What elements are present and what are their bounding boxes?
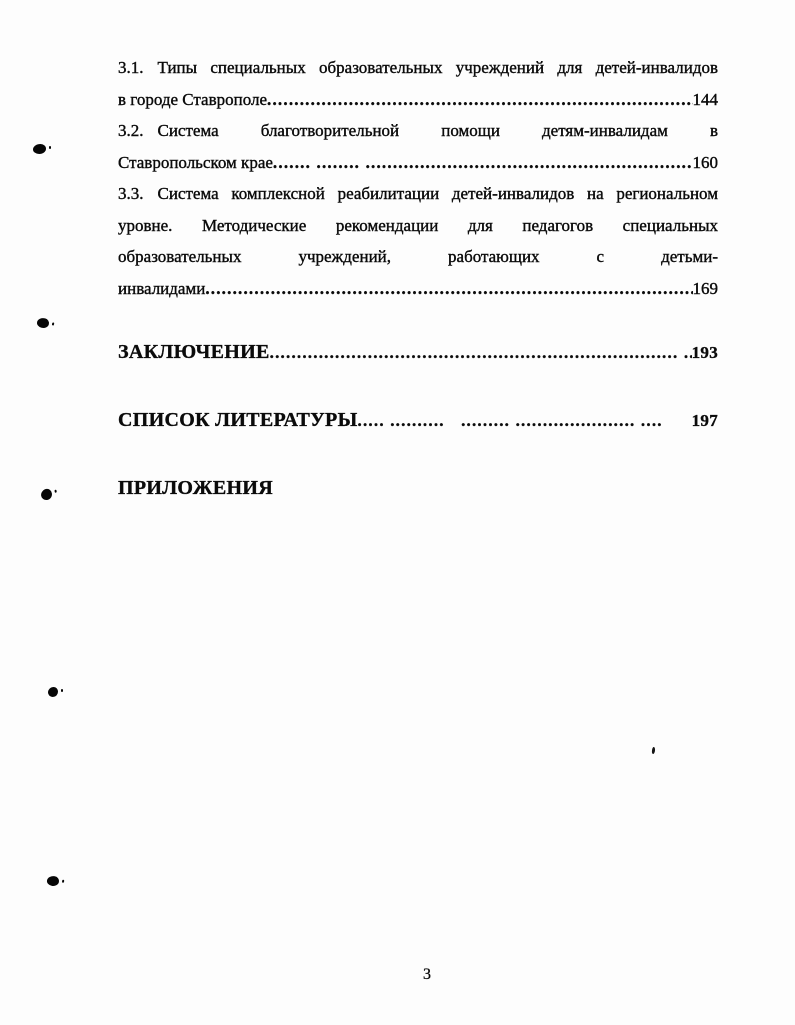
toc-entry-3-1-line-2: в городе Ставрополе.....................… [118,84,718,116]
dot-leader: ........................................… [267,84,692,116]
toc-page-number: 160 [693,147,719,179]
toc-entry-number: 3.1. [118,52,144,84]
toc-entry-number: 3.3. [118,178,144,210]
ink-blot [36,317,50,330]
table-of-contents: 3.1.Типы специальных образовательных учр… [118,52,718,304]
toc-page-number: 169 [693,273,719,305]
toc-entry-text: Типы специальных образовательных учрежде… [158,58,719,77]
toc-entry-3-3-line-1: 3.3.Система комплексной реабилитации дет… [118,178,718,210]
toc-entry-text: образовательных учреждений, работающих с… [118,247,718,266]
toc-entry-3-3-line-4: инвалидами..............................… [118,273,718,305]
toc-section-bibliography: СПИСОК ЛИТЕРАТУРЫ..... .......... ......… [118,404,718,437]
scanned-document-page: 3.1.Типы специальных образовательных учр… [0,0,795,1025]
toc-entry-text: Система благотворительной помощи детям-и… [158,121,719,140]
ink-blot [48,687,58,697]
dot-leader: ........................................… [270,336,692,369]
toc-section-conclusion: ЗАКЛЮЧЕНИЕ..............................… [118,336,718,369]
toc-entry-text: инвалидами [118,273,205,305]
section-label: ЗАКЛЮЧЕНИЕ [118,336,270,369]
toc-page-number: 197 [692,404,718,437]
toc-entry-3-3-line-3: образовательных учреждений, работающих с… [118,241,718,273]
page-number: 3 [118,966,718,984]
dot-leader: ....... ........ .......................… [273,147,693,179]
section-label: ПРИЛОЖЕНИЯ [118,472,273,505]
ink-blot [33,144,46,154]
toc-entry-3-2-line-2: Ставропольском крае....... ........ ....… [118,147,718,179]
toc-page-number: 144 [693,84,719,116]
toc-entry-3-2-line-1: 3.2.Система благотворительной помощи дет… [118,115,718,147]
toc-page-number: 193 [692,336,718,369]
toc-entry-text: Система комплексной реабилитации детей-и… [158,184,719,203]
section-label: СПИСОК ЛИТЕРАТУРЫ [118,404,358,437]
ink-speck [652,747,656,754]
toc-entry-3-3-line-2: уровне. Методические рекомендации для пе… [118,210,718,242]
toc-entry-text: в городе Ставрополе [118,84,267,116]
ink-blot [40,488,52,500]
dot-leader: ........................................… [205,273,692,305]
toc-section-appendices: ПРИЛОЖЕНИЯ [118,472,718,505]
dot-leader: ..... .......... ......... .............… [358,404,692,437]
toc-entry-number: 3.2. [118,115,144,147]
toc-entry-text: Ставропольском крае [118,147,273,179]
toc-entry-text: уровне. Методические рекомендации для пе… [118,216,718,235]
toc-entry-3-1-line-1: 3.1.Типы специальных образовательных учр… [118,52,718,84]
ink-blot [46,875,60,887]
